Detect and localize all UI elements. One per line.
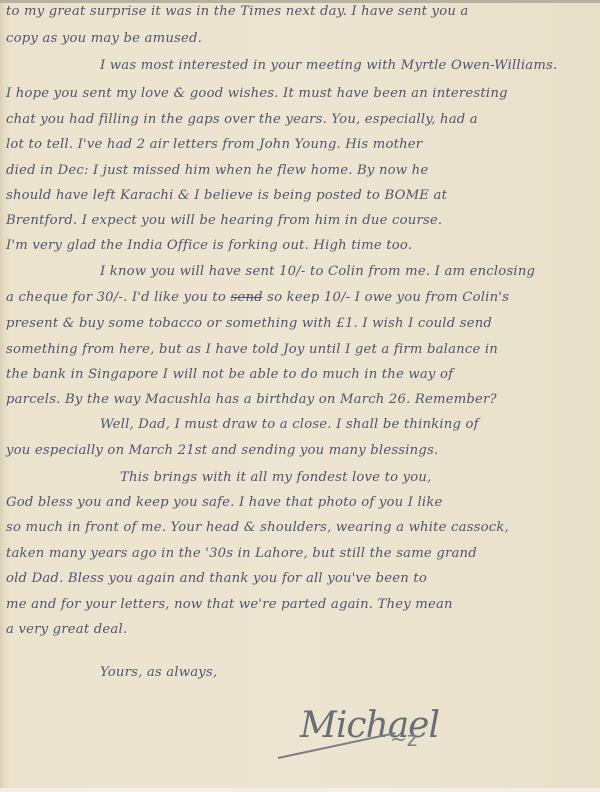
signature: Michael xyxy=(300,705,439,746)
paper-top-edge xyxy=(0,0,600,3)
letter-line: Brentford. I expect you will be hearing … xyxy=(6,213,442,228)
letter-line: God bless you and keep you safe. I have … xyxy=(6,495,443,510)
letter-line: I'm very glad the India Office is forkin… xyxy=(6,238,412,253)
letter-line-with-correction: a cheque for 30/-. I'd like you to send … xyxy=(6,290,509,305)
letter-line: This brings with it all my fondest love … xyxy=(120,470,432,485)
letter-line: Well, Dad, I must draw to a close. I sha… xyxy=(100,417,479,432)
letter-line: I was most interested in your meeting wi… xyxy=(100,58,557,73)
signature-flourish-icon: ~z xyxy=(390,727,417,751)
letter-line: to my great surprise it was in the Times… xyxy=(6,4,468,19)
letter-line: something from here, but as I have told … xyxy=(6,342,498,357)
letter-text: a cheque for 30/-. I'd like you to xyxy=(6,290,226,305)
letter-line: I hope you sent my love & good wishes. I… xyxy=(6,86,508,101)
letter-line: copy as you may be amused. xyxy=(6,31,202,46)
letter-line: a very great deal. xyxy=(6,622,127,637)
letter-text: so keep 10/- I owe you from Colin's xyxy=(263,290,509,305)
letter-line: me and for your letters, now that we're … xyxy=(6,597,453,612)
letter-line: present & buy some tobacco or something … xyxy=(6,316,492,331)
letter-line: I know you will have sent 10/- to Colin … xyxy=(100,264,535,279)
letter-page: to my great surprise it was in the Times… xyxy=(0,0,600,792)
letter-line: chat you had filling in the gaps over th… xyxy=(6,112,478,127)
letter-line: you especially on March 21st and sending… xyxy=(6,443,438,458)
struck-word: send xyxy=(230,290,262,305)
letter-line: the bank in Singapore I will not be able… xyxy=(6,367,453,382)
letter-line: old Dad. Bless you again and thank you f… xyxy=(6,571,427,586)
letter-line: died in Dec: I just missed him when he f… xyxy=(6,163,428,178)
letter-line: so much in front of me. Your head & shou… xyxy=(6,520,509,535)
letter-line: taken many years ago in the '30s in Laho… xyxy=(6,546,477,561)
letter-line: parcels. By the way Macushla has a birth… xyxy=(6,392,497,407)
closing: Yours, as always, xyxy=(100,665,217,680)
paper-bottom-edge xyxy=(0,788,600,792)
letter-line: lot to tell. I've had 2 air letters from… xyxy=(6,137,422,152)
letter-line: should have left Karachi & I believe is … xyxy=(6,188,447,203)
